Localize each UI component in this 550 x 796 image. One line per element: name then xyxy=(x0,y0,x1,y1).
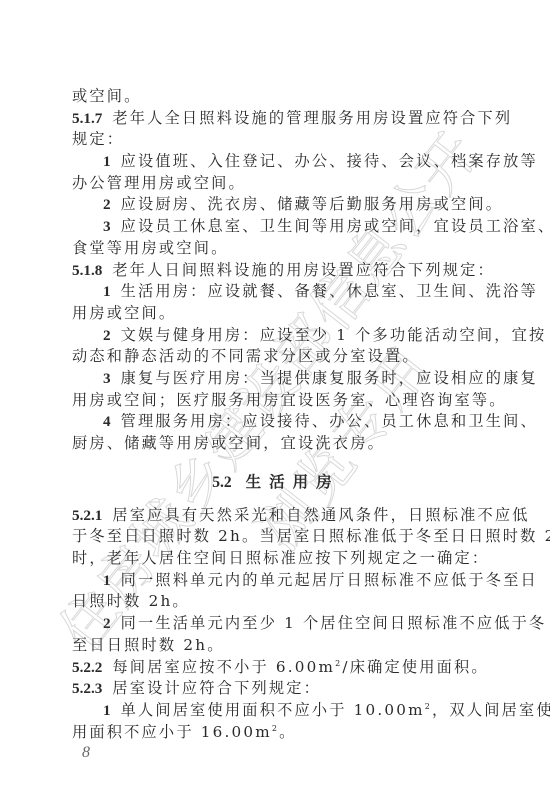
item-number: 2 xyxy=(103,615,111,632)
text-line: 用面积不应小于 16.00m2。 xyxy=(72,722,480,744)
item-number: 3 xyxy=(103,218,111,235)
clause-number: 5.1.8 xyxy=(72,262,102,279)
clause-number: 5.2.2 xyxy=(72,659,102,676)
list-item: 1单人间居室使用面积不应小于 10.00m2，双人间居室使 xyxy=(72,700,480,722)
text-line: 时，老年人居住空间日照标准应按下列规定之一确定： xyxy=(72,548,480,570)
list-item: 2文娱与健身用房：应设至少 1 个多功能活动空间，宜按 xyxy=(72,325,480,347)
text-line: 或空间。 xyxy=(72,86,480,108)
item-number: 4 xyxy=(103,413,111,430)
list-item: 3应设员工休息室、卫生间等用房或空间，宜设员工浴室、 xyxy=(72,216,480,238)
list-item: 4管理服务用房：应设接待、办公、员工休息和卫生间、 xyxy=(72,411,480,433)
text-line: 食堂等用房或空间。 xyxy=(72,238,480,260)
section-heading: 5.2生活用房 xyxy=(72,467,480,497)
list-item: 2应设厨房、洗衣房、储藏等后勤服务用房或空间。 xyxy=(72,194,480,216)
text-line: 厨房、储藏等用房或空间，宜设洗衣房。 xyxy=(72,433,480,455)
document-page: 或空间。 5.1.7老年人全日照料设施的管理服务用房设置应符合下列 规定： 1应… xyxy=(0,0,550,796)
text-line: 日照时数 2h。 xyxy=(72,591,480,613)
section-title: 生活用房 xyxy=(246,473,340,491)
clause-5-2-2: 5.2.2每间居室应按不小于 6.00m2/床确定使用面积。 xyxy=(72,657,480,679)
text-line: 于冬至日日照时数 2h。当居室日照标准低于冬至日日照时数 2h xyxy=(72,526,480,548)
list-item: 1应设值班、入住登记、办公、接待、会议、档案存放等 xyxy=(72,151,480,173)
item-number: 2 xyxy=(103,327,111,344)
clause-5-1-8: 5.1.8老年人日间照料设施的用房设置应符合下列规定： xyxy=(72,260,480,282)
clause-number: 5.2.3 xyxy=(72,680,102,697)
text-line: 用房或空间。 xyxy=(72,303,480,325)
item-number: 3 xyxy=(103,370,111,387)
list-item: 3康复与医疗用房：当提供康复服务时，应设相应的康复 xyxy=(72,368,480,390)
text-line: 至日日照时数 2h。 xyxy=(72,635,480,657)
clause-5-1-7: 5.1.7老年人全日照料设施的管理服务用房设置应符合下列 xyxy=(72,108,480,130)
section-number: 5.2 xyxy=(212,474,231,491)
page-number: 8 xyxy=(82,744,90,762)
text-line: 动态和静态活动的不同需求分区或分室设置。 xyxy=(72,346,480,368)
item-number: 1 xyxy=(103,572,111,589)
item-number: 1 xyxy=(103,153,111,170)
text-line: 用房或空间；医疗服务用房宜设医务室、心理咨询室等。 xyxy=(72,390,480,412)
text-line: 规定： xyxy=(72,129,480,151)
list-item: 1生活用房：应设就餐、备餐、休息室、卫生间、洗浴等 xyxy=(72,281,480,303)
body-text: 或空间。 5.1.7老年人全日照料设施的管理服务用房设置应符合下列 规定： 1应… xyxy=(72,86,480,743)
clause-5-2-3: 5.2.3居室设计应符合下列规定： xyxy=(72,678,480,700)
clause-number: 5.2.1 xyxy=(72,507,102,524)
list-item: 2同一生活单元内至少 1 个居住空间日照标准不应低于冬 xyxy=(72,613,480,635)
item-number: 2 xyxy=(103,196,111,213)
clause-5-2-1: 5.2.1居室应具有天然采光和自然通风条件，日照标准不应低 xyxy=(72,505,480,527)
clause-number: 5.1.7 xyxy=(72,110,102,127)
list-item: 1同一照料单元内的单元起居厅日照标准不应低于冬至日 xyxy=(72,570,480,592)
item-number: 1 xyxy=(103,702,111,719)
item-number: 1 xyxy=(103,283,111,300)
text-line: 办公管理用房或空间。 xyxy=(72,173,480,195)
